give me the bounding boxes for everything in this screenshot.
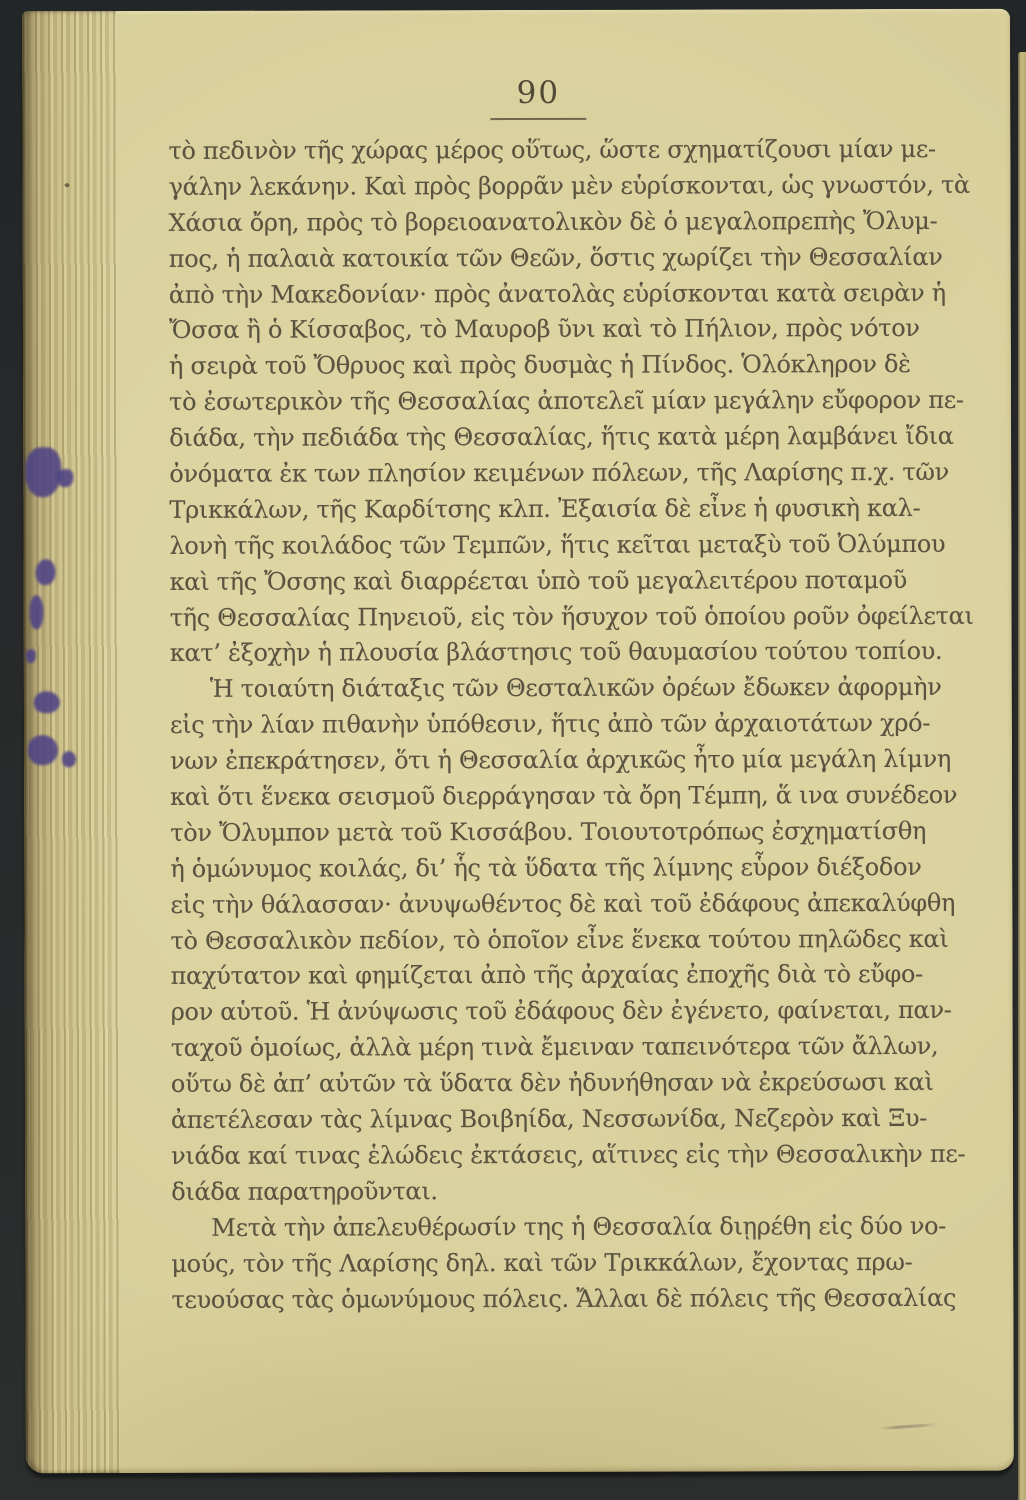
ink-stain bbox=[62, 751, 76, 767]
body-text-block: τὸ πεδινὸν τῆς χώρας μέρος οὕτως, ὥστε σ… bbox=[168, 132, 908, 1318]
text-line: ταχοῦ ὁμοίως, ἀλλὰ μέρη τινὰ ἔμειναν ταπ… bbox=[171, 1029, 908, 1067]
next-page-edge bbox=[1018, 52, 1026, 1500]
text-line: ἡ ὁμώνυμος κοιλάς, δι’ ἧς τὰ ὕδατα τῆς λ… bbox=[170, 850, 907, 888]
stamp-ink-stains bbox=[22, 9, 1010, 12]
text-line: Ὄσσα ἢ ὁ Κίσσαβος, τὸ Μαυροβ ῦνι καὶ τὸ … bbox=[169, 311, 906, 349]
text-line: διάδα, τὴν πεδιάδα τὴς Θεσσαλίας, ἥτις κ… bbox=[169, 419, 906, 457]
text-line: κατ’ ἐξοχὴν ἡ πλουσία βλάστησις τοῦ θαυμ… bbox=[170, 634, 907, 672]
page-number: 90 bbox=[438, 76, 638, 111]
ink-stain bbox=[30, 595, 44, 629]
text-line: ἀπὸ τὴν Μακεδονίαν· πρὸς ἀνατολὰς εὑρίσκ… bbox=[169, 276, 906, 314]
text-line: τὸ ἐσωτερικὸν τῆς Θεσσαλίας ἀποτελεῖ μία… bbox=[169, 383, 906, 421]
text-line: διάδα παρατηροῦνται. bbox=[171, 1173, 908, 1211]
ink-stain bbox=[28, 735, 58, 765]
text-line: εἰς τὴν θάλασσαν· ἀνυψωθέντος δὲ καὶ τοῦ… bbox=[170, 886, 907, 924]
text-line: παχύτατον καὶ φημίζεται ἀπὸ τῆς ἀρχαίας … bbox=[171, 957, 908, 995]
text-line: λονὴ τῆς κοιλάδος τῶν Τεμπῶν, ἥτις κεῖτα… bbox=[169, 527, 906, 565]
text-line: μούς, τὸν τῆς Λαρίσης δηλ. καὶ τῶν Τρικκ… bbox=[171, 1245, 908, 1283]
ink-stain bbox=[25, 447, 61, 497]
paper-speck bbox=[65, 183, 70, 187]
text-line: ἀπετέλεσαν τὰς λίμνας Βοιβηίδα, Νεσσωνίδ… bbox=[171, 1101, 908, 1139]
text-line: Χάσια ὄρη, πρὸς τὸ βορειοανατολικὸν δὲ ὁ… bbox=[169, 204, 906, 242]
text-line: ρον αὑτοῦ. Ἡ ἀνύψωσις τοῦ ἐδάφους δὲν ἐγ… bbox=[171, 993, 908, 1031]
text-line: οὕτω δὲ ἀπ’ αὐτῶν τὰ ὕδατα δὲν ἠδυνήθησα… bbox=[171, 1065, 908, 1103]
paper-speck bbox=[537, 138, 540, 141]
ink-stain bbox=[57, 469, 73, 487]
ink-stain bbox=[26, 649, 36, 663]
text-line: τὸν Ὄλυμπον μετὰ τοῦ Κισσάβου. Τοιουτοτρ… bbox=[170, 814, 907, 852]
scanned-book-photo: { "document": { "page_number": "90", "pa… bbox=[0, 0, 1026, 1500]
text-line: πος, ἡ παλαιὰ κατοικία τῶν Θεῶν, ὅστις χ… bbox=[169, 240, 906, 278]
text-line: καὶ τῆς Ὄσσης καὶ διαρρέεται ὑπὸ τοῦ μεγ… bbox=[170, 563, 907, 601]
text-line: τῆς Θεσσαλίας Πηνειοῦ, εἰς τὸν ἥσυχον το… bbox=[170, 599, 907, 637]
text-line: νων ἐπεκράτησεν, ὅτι ἡ Θεσσαλία ἀρχικῶς … bbox=[170, 742, 907, 780]
text-line: εἰς τὴν λίαν πιθανὴν ὑπόθεσιν, ἥτις ἀπὸ … bbox=[170, 706, 907, 744]
page-number-rule bbox=[490, 118, 586, 120]
ink-stain bbox=[34, 691, 60, 713]
text-line: γάλην λεκάνην. Καὶ πρὸς βορρᾶν μὲν εὑρίσ… bbox=[169, 168, 906, 206]
pencil-mark bbox=[880, 1423, 938, 1430]
text-line: ὀνόματα ἐκ των πλησίον κειμένων πόλεων, … bbox=[169, 455, 906, 493]
paper-speck bbox=[637, 1265, 640, 1268]
book-page: 90 τὸ πεδινὸν τῆς χώρας μέρος οὕτως, ὥστ… bbox=[22, 9, 1014, 1474]
text-line: νιάδα καί τινας ἑλώδεις ἐκτάσεις, αἵτινε… bbox=[171, 1137, 908, 1175]
text-line: Μετὰ τὴν ἀπελευθέρωσίν της ἡ Θεσσαλία δι… bbox=[171, 1209, 908, 1247]
text-line: Ἡ τοιαύτη διάταξις τῶν Θεσταλικῶν ὀρέων … bbox=[170, 670, 907, 708]
page-header: 90 bbox=[438, 76, 638, 121]
text-line: τὸ Θεσσαλικὸν πεδίον, τὸ ὁποῖον εἶνε ἕνε… bbox=[170, 922, 907, 960]
text-line: καὶ ὅτι ἕνεκα σεισμοῦ διερράγησαν τὰ ὄρη… bbox=[170, 778, 907, 816]
text-line: ἡ σειρὰ τοῦ Ὄθρυος καὶ πρὸς δυσμὰς ἡ Πίν… bbox=[169, 347, 906, 385]
text-line: Τρικκάλων, τῆς Καρδίτσης κλπ. Ἐξαισία δὲ… bbox=[169, 491, 906, 529]
text-line: τευούσας τὰς ὁμωνύμους πόλεις. Ἄλλαι δὲ … bbox=[171, 1280, 908, 1318]
ink-stain bbox=[36, 559, 56, 585]
